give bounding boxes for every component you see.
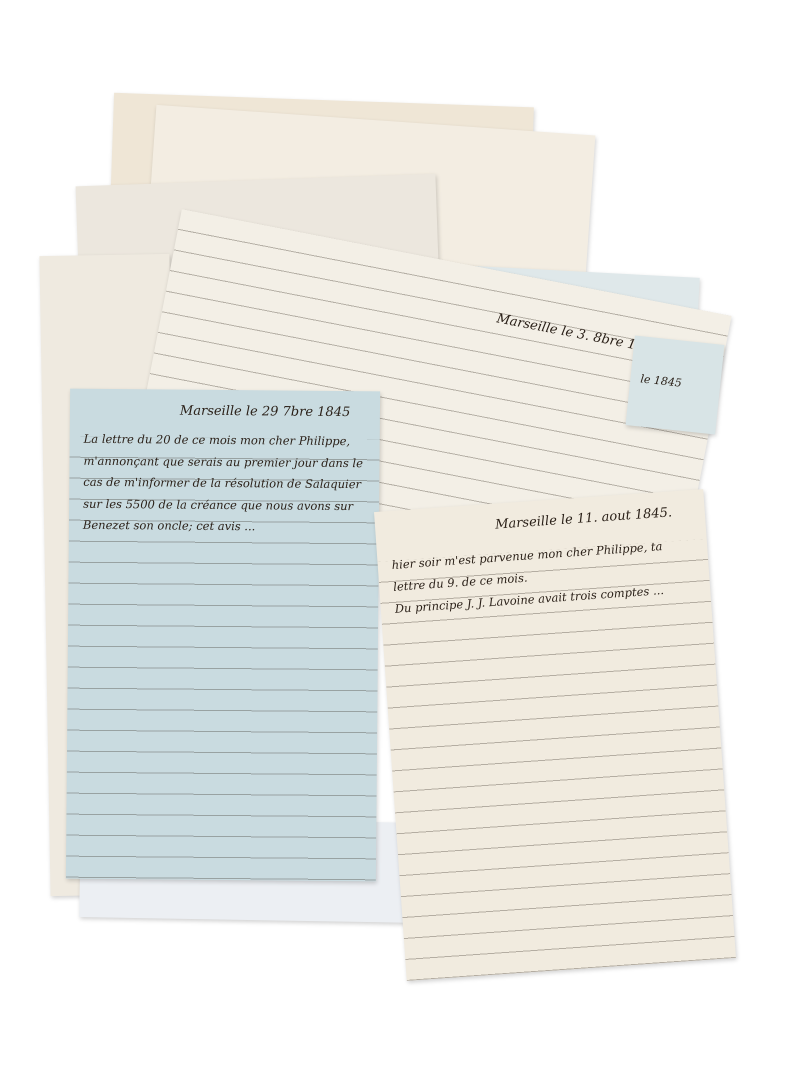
- letter-cream: Marseille le 11. aout 1845. hier soir m'…: [374, 489, 736, 981]
- letter-corner-heading: le 1845: [640, 372, 683, 389]
- letter-blue-body: La lettre du 20 de ce mois mon cher Phil…: [83, 429, 370, 539]
- letter-corner-note: le 1845: [626, 336, 725, 435]
- letter-cream-heading: Marseille le 11. aout 1845.: [495, 505, 673, 532]
- letter-blue-heading: Marseille le 29 7bre 1845: [180, 404, 350, 420]
- letter-blue: Marseille le 29 7bre 1845 La lettre du 2…: [66, 389, 380, 882]
